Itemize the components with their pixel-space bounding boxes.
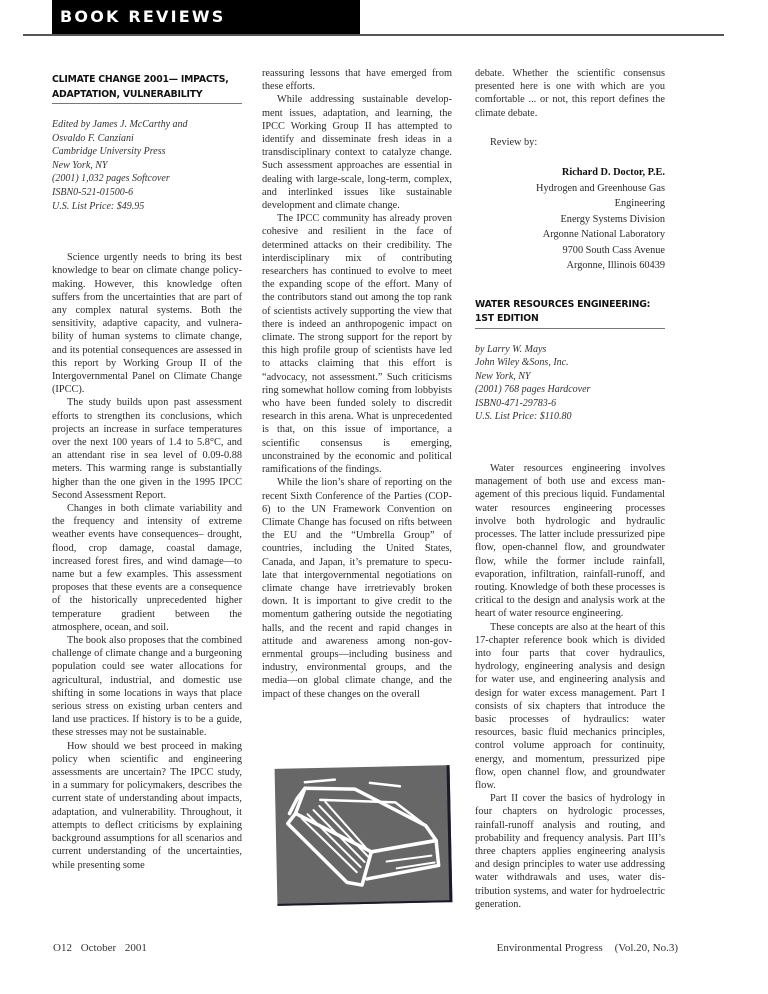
book-meta-water-resources: by Larry W. Mays John Wiley &Sons, Inc. … xyxy=(475,343,665,425)
paragraph: Part II cover the basics of hydrology in… xyxy=(475,792,665,911)
paragraph: reassuring lessons that have emerged fro… xyxy=(262,67,452,93)
page-number: O12 xyxy=(53,942,72,954)
section-title: BOOK REVIEWS xyxy=(60,7,225,26)
paragraph: How should we best proceed in mak­ing po… xyxy=(52,740,242,872)
review-title-water-resources: WATER RESOURCES ENGINEERING: 1ST EDITION xyxy=(475,298,665,329)
review-title-climate-change: CLIMATE CHANGE 2001— IMPACTS, ADAPTATION… xyxy=(52,73,242,104)
reviewer-name: Richard D. Doctor, P.E. xyxy=(475,165,665,181)
meta-isbn: ISBN0-471-29783-6 xyxy=(475,397,665,411)
paragraph: The book also proposes that the com­bine… xyxy=(52,634,242,740)
column-2: reassuring lessons that have emerged fro… xyxy=(262,67,452,701)
reviewer-signature: Richard D. Doctor, P.E. Hydrogen and Gre… xyxy=(475,165,665,274)
reviewer-city: Argonne, Illinois 60439 xyxy=(475,258,665,274)
meta-price: U.S. List Price: $110.80 xyxy=(475,410,665,424)
column-3: debate. Whether the scientific consensus… xyxy=(475,67,665,911)
paragraph: Changes in both climate variability and … xyxy=(52,502,242,634)
paragraph: The study builds upon past assessment ef… xyxy=(52,396,242,502)
paragraph: debate. Whether the scientific consensus… xyxy=(475,67,665,120)
meta-location: New York, NY xyxy=(52,159,242,173)
footer-right: Environmental Progress(Vol.20, No.3) xyxy=(497,942,678,954)
column-1: CLIMATE CHANGE 2001— IMPACTS, ADAPTATION… xyxy=(52,67,242,872)
reviewer-affiliation: Engineering xyxy=(475,196,665,212)
footer-left: O12 October 2001 xyxy=(53,942,147,954)
meta-isbn: ISBN0-521-01500-6 xyxy=(52,186,242,200)
issue-date: October 2001 xyxy=(81,942,147,954)
paragraph: While the lion’s share of reporting on t… xyxy=(262,476,452,700)
book-meta-climate-change: Edited by James J. McCarthy and Osvaldo … xyxy=(52,118,242,213)
book-icon xyxy=(275,765,450,904)
reviewer-lab: Argonne National Laboratory xyxy=(475,227,665,243)
paragraph: The IPCC community has already proven co… xyxy=(262,212,452,476)
meta-editors: Edited by James J. McCarthy and xyxy=(52,118,242,132)
meta-pages: (2001) 768 pages Hardcover xyxy=(475,383,665,397)
journal-volume: (Vol.20, No.3) xyxy=(615,942,678,954)
header-rule xyxy=(23,34,724,36)
journal-name: Environmental Progress xyxy=(497,942,603,954)
meta-location: New York, NY xyxy=(475,370,665,384)
paragraph: These concepts are also at the heart of … xyxy=(475,621,665,793)
meta-editors-2: Osvaldo F. Canziani xyxy=(52,132,242,146)
review-by-label: Review by: xyxy=(475,136,665,149)
paragraph: While addressing sustainable develop­men… xyxy=(262,93,452,212)
reviewer-division: Energy Systems Division xyxy=(475,212,665,228)
paragraph: Water resources engineering involves man… xyxy=(475,462,665,620)
reviewer-street: 9700 South Cass Avenue xyxy=(475,243,665,259)
paragraph: Science urgently needs to bring its best… xyxy=(52,251,242,396)
meta-publisher: John Wiley &Sons, Inc. xyxy=(475,356,665,370)
meta-pages: (2001) 1,032 pages Softcover xyxy=(52,172,242,186)
book-illustration xyxy=(275,765,453,906)
reviewer-affiliation: Hydrogen and Greenhouse Gas xyxy=(475,181,665,197)
meta-author: by Larry W. Mays xyxy=(475,343,665,357)
meta-price: U.S. List Price: $49.95 xyxy=(52,200,242,214)
meta-publisher: Cambridge University Press xyxy=(52,145,242,159)
